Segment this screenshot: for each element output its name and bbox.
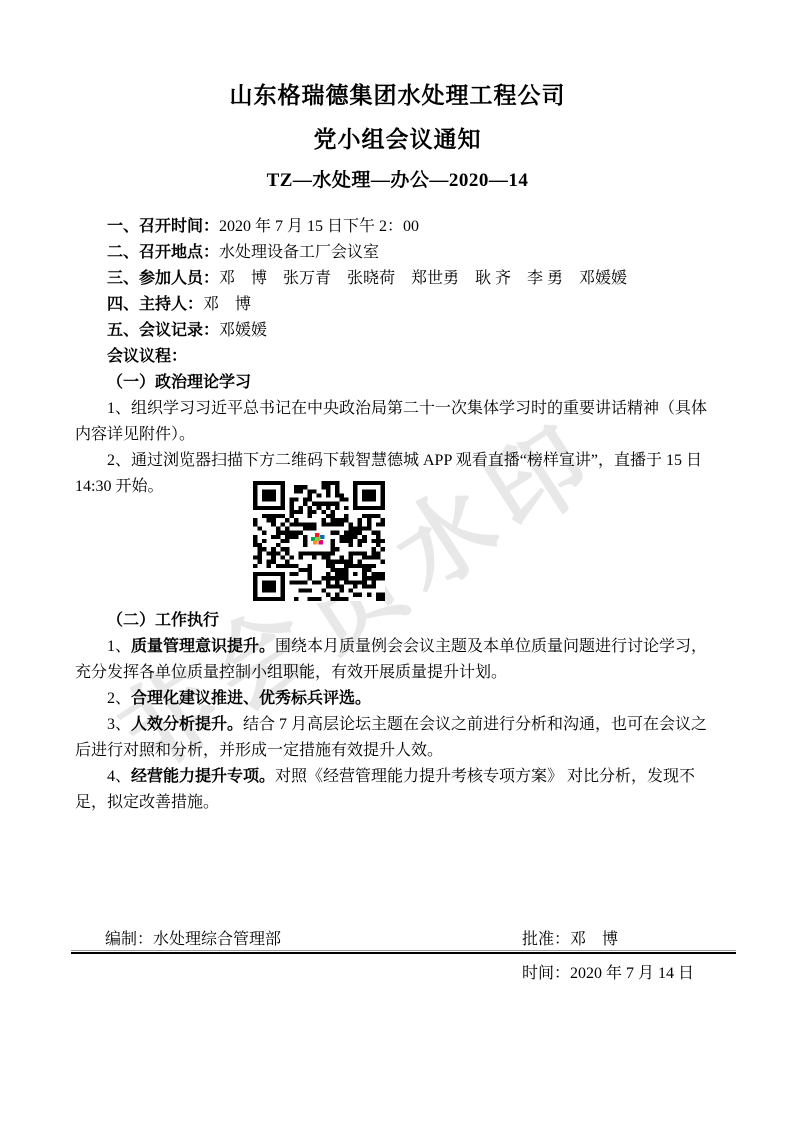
- agenda-section1-title: （一）政治理论学习: [75, 370, 720, 396]
- meeting-time-value: 2020 年 7 月 15 日下午 2：00: [219, 218, 419, 235]
- meeting-time-row: 一、召开时间：2020 年 7 月 15 日下午 2：00: [75, 214, 720, 240]
- agenda-section1-item2-line1: 2、通过浏览器扫描下方二维码下载智慧德城 APP 观看直播“榜样宣讲”，直播于 …: [75, 448, 720, 474]
- time-value: 2020 年 7 月 14 日: [570, 965, 694, 982]
- notice-content: 一、召开时间：2020 年 7 月 15 日下午 2：00 二、召开地点：水处理…: [75, 214, 720, 816]
- document-number: TZ—水处理—办公—2020—14: [75, 168, 720, 194]
- approved-value: 邓 博: [570, 931, 618, 948]
- meeting-host-row: 四、主持人：邓 博: [75, 292, 720, 318]
- approved-by: 批准：邓 博: [522, 927, 618, 953]
- agenda-section1-item1: 1、组织学习习近平总书记在中央政治局第二十一次集体学习时的重要讲话精神（具体内容…: [75, 396, 720, 448]
- document-body: 山东格瑞德集团水处理工程公司 党小组会议通知 TZ—水处理—办公—2020—14…: [0, 0, 793, 816]
- app-download-qr-code: [253, 481, 385, 601]
- approved-label: 批准：: [522, 931, 570, 948]
- meeting-host-label: 四、主持人：: [107, 296, 203, 313]
- qr-row: [75, 500, 720, 608]
- meeting-place-row: 二、召开地点：水处理设备工厂会议室: [75, 240, 720, 266]
- meeting-recorder-row: 五、会议记录：邓媛媛: [75, 318, 720, 344]
- notice-title: 党小组会议通知: [75, 126, 720, 152]
- work-item-2: 2、合理化建议推进、优秀标兵评选。: [75, 686, 720, 712]
- signature-divider-line: [71, 950, 736, 954]
- approval-date: 时间：2020 年 7 月 14 日: [522, 961, 694, 987]
- meeting-recorder-label: 五、会议记录：: [107, 322, 219, 339]
- meeting-place-label: 二、召开地点：: [107, 244, 219, 261]
- meeting-attendees-row: 三、参加人员：邓 博 张万青 张晓荷 郑世勇 耿 齐 李 勇 邓媛媛: [75, 266, 720, 292]
- work-item-3: 3、人效分析提升。结合 7 月高层论坛主题在会议之前进行分析和沟通，也可在会议之…: [75, 712, 720, 764]
- document-page: 非会员水印 山东格瑞德集团水处理工程公司 党小组会议通知 TZ—水处理—办公—2…: [0, 0, 793, 1122]
- prepared-value: 水处理综合管理部: [153, 931, 281, 948]
- agenda-heading: 会议议程：: [75, 344, 720, 370]
- time-label: 时间：: [522, 965, 570, 982]
- meeting-time-label: 一、召开时间：: [107, 218, 219, 235]
- meeting-attendees-label: 三、参加人员：: [107, 270, 219, 287]
- agenda-section1-item2-line2: 14:30 开始。: [75, 474, 720, 500]
- meeting-place-value: 水处理设备工厂会议室: [219, 244, 379, 261]
- agenda-section2-title: （二）工作执行: [75, 608, 720, 634]
- meeting-attendees-value: 邓 博 张万青 张晓荷 郑世勇 耿 齐 李 勇 邓媛媛: [219, 270, 627, 287]
- company-title: 山东格瑞德集团水处理工程公司: [75, 82, 720, 108]
- work-item-4: 4、经营能力提升专项。对照《经营管理能力提升考核专项方案》 对比分析，发现不足，…: [75, 764, 720, 816]
- work-item-1: 1、质量管理意识提升。围绕本月质量例会会议主题及本单位质量问题进行讨论学习，充分…: [75, 634, 720, 686]
- prepared-by: 编制：水处理综合管理部: [105, 927, 281, 953]
- prepared-label: 编制：: [105, 931, 153, 948]
- meeting-recorder-value: 邓媛媛: [219, 322, 267, 339]
- meeting-host-value: 邓 博: [203, 296, 251, 313]
